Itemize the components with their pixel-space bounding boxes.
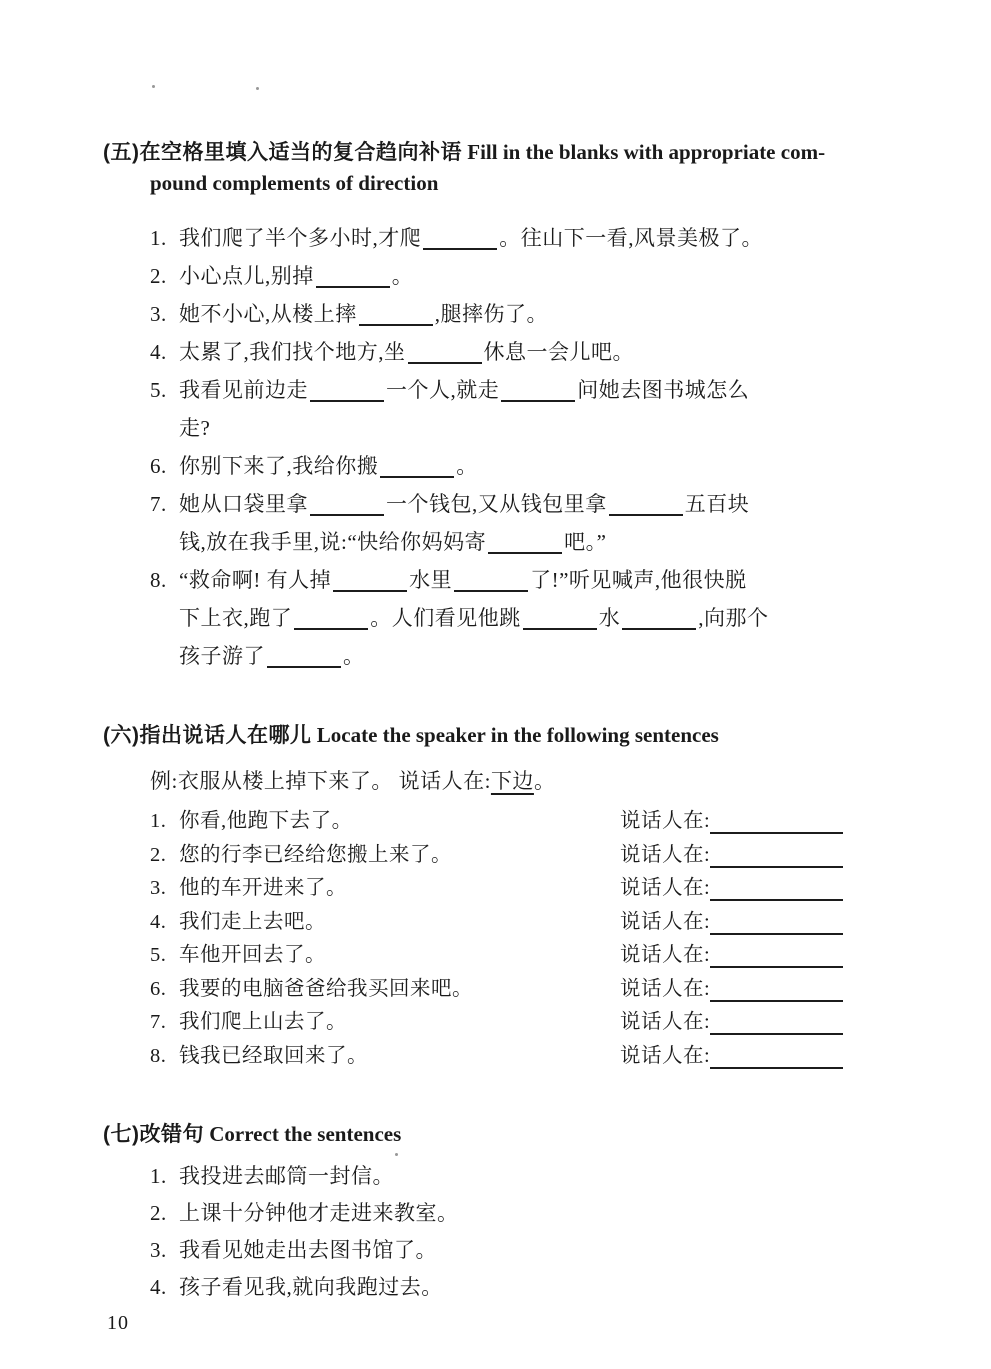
fill-in-blank [333, 576, 407, 592]
answer-cell: 说话人在: [620, 839, 843, 873]
sentence-cell: 6.我要的电脑爸爸给我买回来吧。 [150, 973, 620, 1007]
fill-in-blank [316, 272, 390, 288]
item-number: 1. [150, 219, 179, 257]
sentence-cell: 8.钱我已经取回来了。 [150, 1040, 620, 1074]
fill-in-blank [622, 614, 696, 630]
fill-in-blank [380, 462, 454, 478]
item-number: 5. [150, 371, 179, 409]
answer-blank [710, 818, 843, 834]
speaker-label: 说话人在: [620, 944, 710, 966]
item-text: 了!”听见喊声,他很快脱 [530, 568, 747, 592]
scan-speck [152, 85, 155, 88]
item-number: 4. [150, 1269, 179, 1306]
fill-in-blank [267, 652, 341, 668]
item-text: 一个钱包,又从钱包里拿 [386, 492, 607, 516]
section-7-title-en: Correct the sentences [209, 1122, 401, 1146]
fill-in-blank [359, 310, 433, 326]
sentence-cell: 2.您的行李已经给您搬上来了。 [150, 839, 620, 873]
answer-blank [710, 952, 843, 968]
item-number: 6. [150, 447, 179, 485]
item-text: 我看见她走出去图书馆了。 [179, 1238, 437, 1262]
page-content: (五)在空格里填入适当的复合趋向补语 Fill in the blanks wi… [103, 137, 909, 1306]
item-text: 。 [392, 264, 414, 288]
answer-blank [710, 852, 843, 868]
item-text: 我们爬了半个多小时,才爬 [179, 226, 421, 250]
section-6-title-en: Locate the speaker in the following sent… [317, 723, 719, 747]
list-item: 1.我们爬了半个多小时,才爬。往山下一看,风景美极了。 [150, 219, 908, 257]
item-number: 2. [150, 257, 179, 295]
table-row: 8.钱我已经取回来了。 说话人在: [150, 1040, 909, 1074]
fill-in-blank [454, 576, 528, 592]
list-item: 2.上课十分钟他才走进来教室。 [150, 1195, 909, 1232]
sentence-cell: 4.我们走上去吧。 [150, 906, 620, 940]
item-text: 车他开回去了。 [179, 944, 326, 966]
item-text: 问她去图书城怎么 [577, 378, 749, 402]
section-5-title-en: Fill in the blanks with appropriate com- [467, 140, 825, 164]
scan-speck [256, 87, 259, 90]
item-text: 她从口袋里拿 [179, 492, 308, 516]
item-text: 。 [343, 644, 365, 668]
answer-blank [710, 885, 843, 901]
answer-blank [710, 1019, 843, 1035]
item-text: 一个人,就走 [386, 378, 499, 402]
speaker-label: 说话人在: [620, 911, 710, 933]
list-item: 8.“救命啊! 有人掉水里了!”听见喊声,他很快脱下上衣,跑了。人们看见他跳水,… [150, 561, 908, 675]
list-item: 5.我看见前边走一个人,就走问她去图书城怎么走? [150, 371, 908, 447]
item-text: 她不小心,从楼上摔 [179, 302, 357, 326]
fill-in-blank [310, 500, 384, 516]
speaker-label: 说话人在: [620, 1011, 710, 1033]
item-text: 我投进去邮筒一封信。 [179, 1164, 394, 1188]
item-text: 吧。” [564, 530, 606, 554]
example-label: 说话人在: [399, 769, 491, 793]
table-row: 4.我们走上去吧。 说话人在: [150, 906, 909, 940]
speaker-label: 说话人在: [620, 810, 710, 832]
item-text: 你看,他跑下去了。 [179, 810, 353, 832]
fill-in-blank [408, 348, 482, 364]
answer-cell: 说话人在: [620, 872, 843, 906]
item-text: 下上衣,跑了 [179, 606, 292, 630]
answer-cell: 说话人在: [620, 1006, 843, 1040]
section-6-heading: (六)指出说话人在哪儿 Locate the speaker in the fo… [103, 720, 909, 751]
item-number: 3. [150, 1232, 179, 1269]
list-item: 2.小心点儿,别掉。 [150, 257, 908, 295]
item-number: 8. [150, 561, 179, 599]
item-number: 2. [150, 1195, 179, 1232]
item-number: 4. [150, 333, 179, 371]
section-7-heading: (七)改错句 Correct the sentences [103, 1119, 909, 1150]
sentence-cell: 3.他的车开进来了。 [150, 872, 620, 906]
answer-cell: 说话人在: [620, 939, 843, 973]
fill-in-blank [523, 614, 597, 630]
example-text: 衣服从楼上掉下来了。 [178, 769, 393, 793]
item-text: “救命啊! 有人掉 [179, 568, 331, 592]
answer-cell: 说话人在: [620, 906, 843, 940]
sentence-cell: 1.你看,他跑下去了。 [150, 805, 620, 839]
item-text: 。人们看见他跳 [370, 606, 521, 630]
answer-cell: 说话人在: [620, 973, 843, 1007]
item-number: 4. [150, 906, 179, 940]
list-item: 3.我看见她走出去图书馆了。 [150, 1232, 909, 1269]
table-row: 5.车他开回去了。 说话人在: [150, 939, 909, 973]
item-text: ,向那个 [698, 606, 768, 630]
list-item: 6.你别下来了,我给你搬。 [150, 447, 908, 485]
item-text: 水 [599, 606, 621, 630]
list-item: 4.太累了,我们找个地方,坐休息一会儿吧。 [150, 333, 908, 371]
item-text: 孩子看见我,就向我跑过去。 [179, 1275, 443, 1299]
textbook-page: (五)在空格里填入适当的复合趋向补语 Fill in the blanks wi… [0, 0, 991, 1369]
table-row: 2.您的行李已经给您搬上来了。 说话人在: [150, 839, 909, 873]
answer-cell: 说话人在: [620, 805, 843, 839]
section-6-title-zh: 指出说话人在哪儿 [140, 724, 312, 747]
section-5-item-list: 1.我们爬了半个多小时,才爬。往山下一看,风景美极了。 2.小心点儿,别掉。 3… [150, 219, 908, 675]
table-row: 3.他的车开进来了。 说话人在: [150, 872, 909, 906]
list-item: 3.她不小心,从楼上摔,腿摔伤了。 [150, 295, 908, 333]
item-number: 3. [150, 872, 179, 906]
item-number: 7. [150, 1006, 179, 1040]
item-text: 我看见前边走 [179, 378, 308, 402]
fill-in-blank [488, 538, 562, 554]
item-number: 6. [150, 973, 179, 1007]
section-7-item-list: 1.我投进去邮筒一封信。 2.上课十分钟他才走进来教室。 3.我看见她走出去图书… [150, 1158, 909, 1306]
item-text: 钱我已经取回来了。 [179, 1045, 368, 1067]
section-7-title-zh: 改错句 [140, 1123, 205, 1146]
page-number: 10 [107, 1312, 129, 1335]
item-text: 。往山下一看,风景美极了。 [499, 226, 763, 250]
section-5-title-en-line2: pound complements of direction [150, 168, 438, 199]
sentence-cell: 7.我们爬上山去了。 [150, 1006, 620, 1040]
item-text: 他的车开进来了。 [179, 877, 347, 899]
item-text: 您的行李已经给您搬上来了。 [179, 844, 452, 866]
example-period: 。 [534, 769, 556, 793]
section-5-title-zh: 在空格里填入适当的复合趋向补语 [140, 141, 463, 164]
list-item: 4.孩子看见我,就向我跑过去。 [150, 1269, 909, 1306]
table-row: 7.我们爬上山去了。 说话人在: [150, 1006, 909, 1040]
item-text: 。 [456, 454, 478, 478]
answer-blank [710, 1053, 843, 1069]
item-text: 小心点儿,别掉 [179, 264, 314, 288]
example-sentence: 例:衣服从楼上掉下来了。 说话人在:下边。 [150, 766, 909, 796]
fill-in-blank [609, 500, 683, 516]
fill-in-blank [501, 386, 575, 402]
sentence-cell: 5.车他开回去了。 [150, 939, 620, 973]
item-text: 孩子游了 [179, 644, 265, 668]
answer-blank [710, 986, 843, 1002]
item-number: 5. [150, 939, 179, 973]
list-item: 1.我投进去邮筒一封信。 [150, 1158, 909, 1195]
section-5-heading: (五)在空格里填入适当的复合趋向补语 Fill in the blanks wi… [103, 137, 909, 199]
section-6-number: (六) [103, 724, 140, 747]
item-number: 2. [150, 839, 179, 873]
section-5-number: (五) [103, 141, 140, 164]
item-text: 我们走上去吧。 [179, 911, 326, 933]
item-number: 7. [150, 485, 179, 523]
section-7-number: (七) [103, 1123, 140, 1146]
item-text: 你别下来了,我给你搬 [179, 454, 378, 478]
item-text: 上课十分钟他才走进来教室。 [179, 1201, 459, 1225]
item-number: 1. [150, 1158, 179, 1195]
item-text: 太累了,我们找个地方,坐 [179, 340, 406, 364]
answer-cell: 说话人在: [620, 1040, 843, 1074]
speaker-label: 说话人在: [620, 978, 710, 1000]
fill-in-blank [310, 386, 384, 402]
example-answer: 下边 [491, 769, 534, 793]
table-row: 6.我要的电脑爸爸给我买回来吧。 说话人在: [150, 973, 909, 1007]
item-text: 我们爬上山去了。 [179, 1011, 347, 1033]
speaker-label: 说话人在: [620, 1045, 710, 1067]
item-text: 水里 [409, 568, 452, 592]
fill-in-blank [423, 234, 497, 250]
speaker-label: 说话人在: [620, 877, 710, 899]
answer-blank [710, 919, 843, 935]
item-text: 走? [179, 416, 210, 440]
item-text: 我要的电脑爸爸给我买回来吧。 [179, 978, 473, 1000]
item-text: 五百块 [685, 492, 750, 516]
example-prefix: 例: [150, 769, 178, 793]
item-text: 钱,放在我手里,说:“快给你妈妈寄 [179, 530, 486, 554]
item-text: ,腿摔伤了。 [435, 302, 548, 326]
speaker-label: 说话人在: [620, 844, 710, 866]
list-item: 7.她从口袋里拿一个钱包,又从钱包里拿五百块钱,放在我手里,说:“快给你妈妈寄吧… [150, 485, 908, 561]
item-number: 8. [150, 1040, 179, 1074]
table-row: 1.你看,他跑下去了。 说话人在: [150, 805, 909, 839]
fill-in-blank [294, 614, 368, 630]
item-text: 休息一会儿吧。 [484, 340, 635, 364]
item-number: 1. [150, 805, 179, 839]
item-number: 3. [150, 295, 179, 333]
section-6-item-list: 1.你看,他跑下去了。 说话人在: 2.您的行李已经给您搬上来了。 说话人在: … [150, 805, 909, 1073]
